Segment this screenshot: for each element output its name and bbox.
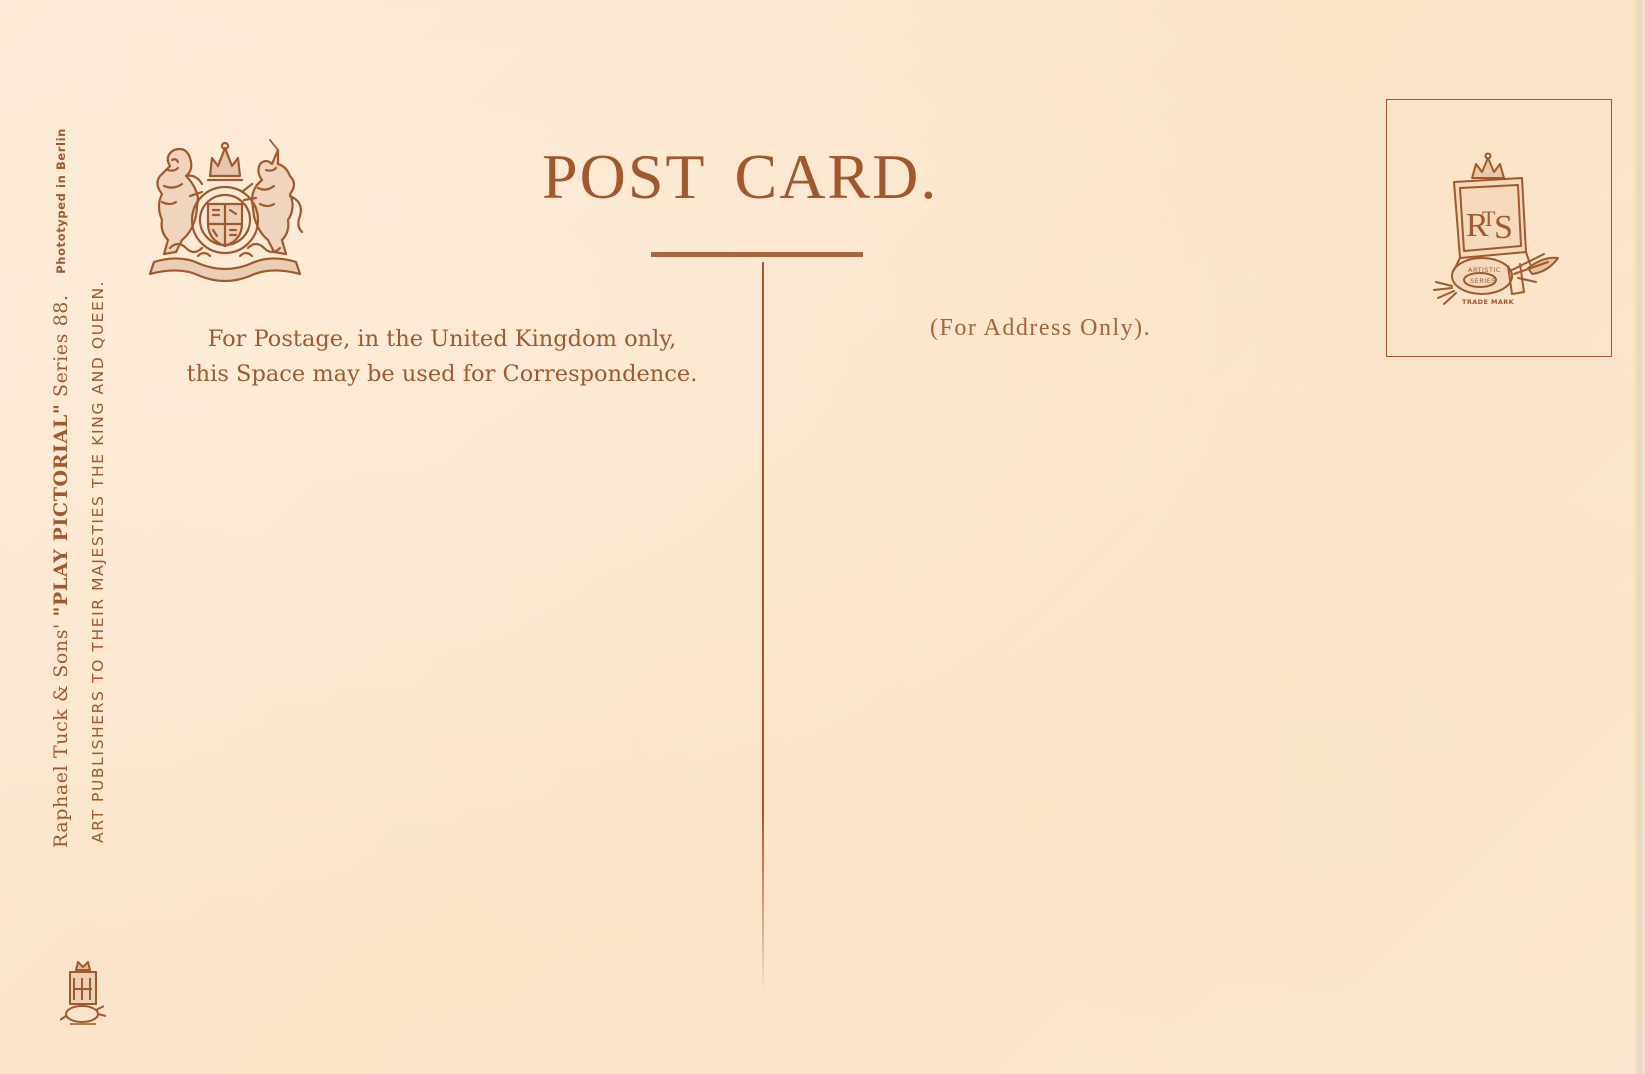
postcard-back: Raphael Tuck & Sons' "PLAY PICTORIAL" Se…: [0, 0, 1645, 1074]
corner-trademark-icon: [60, 960, 106, 1030]
title-word-card: CARD.: [735, 141, 939, 212]
rts-easel-palette-logo-icon: R T S ARTISTIC SERIES TRADE MARK: [1432, 148, 1562, 308]
address-note: (For Address Only).: [930, 315, 1151, 342]
title-word-post: POST: [542, 141, 707, 212]
series-name: "PLAY PICTORIAL": [50, 404, 72, 617]
center-divider-line: [762, 262, 764, 992]
publisher-line: Raphael Tuck & Sons' "PLAY PICTORIAL" Se…: [50, 128, 72, 848]
correspondence-note-line1: For Postage, in the United Kingdom only,: [138, 322, 746, 357]
svg-text:ARTISTIC: ARTISTIC: [1468, 266, 1501, 274]
svg-text:TRADE MARK: TRADE MARK: [1462, 298, 1515, 306]
correspondence-note: For Postage, in the United Kingdom only,…: [138, 322, 746, 392]
royal-coat-of-arms-icon: [140, 136, 310, 286]
publisher-name: Raphael Tuck & Sons': [50, 623, 72, 848]
svg-text:SERIES: SERIES: [1470, 277, 1496, 285]
paper-edge: [1633, 0, 1645, 1074]
svg-text:S: S: [1494, 209, 1513, 246]
postcard-title: POSTCARD.: [542, 140, 938, 214]
royal-warrant-line: ART PUBLISHERS TO THEIR MAJESTIES THE KI…: [89, 280, 107, 843]
series-number: Series 88.: [50, 294, 72, 397]
correspondence-note-line2: this Space may be used for Correspondenc…: [138, 357, 746, 392]
title-underline: [651, 252, 863, 257]
printing-note: Phototyped in Berlin: [54, 128, 68, 274]
